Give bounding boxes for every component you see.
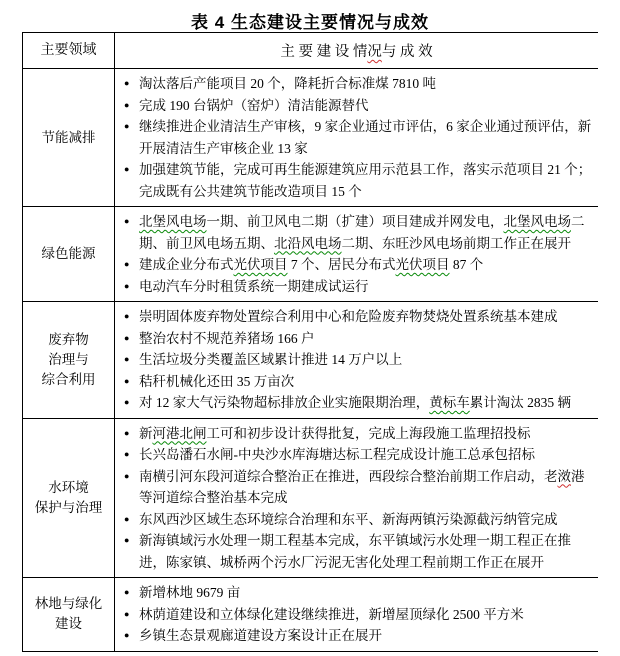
text-segment: 二期、东旺沙风电场前期工作正在展开 — [342, 236, 572, 251]
text-segment: 新增林地 9679 亩 — [139, 585, 240, 600]
spellcheck-green-wavy-underline: 北堡风电场 — [504, 214, 572, 229]
text-segment: 加强建筑节能，完成可再生能源建筑应用示范县工作，落实示范项目 21 个；完成既有… — [139, 162, 591, 199]
text-segment: 一期、前卫风电二期（扩建）项目建成并网发电， — [207, 214, 504, 229]
area-label-forest-greening: 林地与绿化建设 — [23, 578, 115, 651]
text-segment: 秸秆机械化还田 35 万亩次 — [139, 374, 294, 389]
bullet-icon: ● — [124, 159, 129, 181]
bullet-item: ●完成 190 台锅炉（窑炉）清洁能源替代 — [123, 95, 592, 117]
text-segment: 崇明固体废弃物处置综合利用中心和危险废弃物焚烧处置系统基本建成 — [139, 309, 558, 324]
bullet-item: ●加强建筑节能，完成可再生能源建筑应用示范县工作，落实示范项目 21 个；完成既… — [123, 159, 592, 202]
text-segment: 乡镇生态景观廊道建设方案设计正在展开 — [139, 628, 382, 643]
bullet-list: ●崇明固体废弃物处置综合利用中心和危险废弃物焚烧处置系统基本建成●整治农村不规范… — [123, 306, 592, 414]
achievements-cell-green-energy: ●北堡风电场一期、前卫风电二期（扩建）项目建成并网发电，北堡风电场二期、前卫风电… — [115, 207, 598, 301]
bullet-icon: ● — [124, 276, 129, 298]
bullet-list: ●北堡风电场一期、前卫风电二期（扩建）项目建成并网发电，北堡风电场二期、前卫风电… — [123, 211, 592, 297]
eco-construction-table: 主要领域 主 要 建 设 情 况 与 成 效 节能减排●淘汰落后产能项目 20 … — [22, 32, 598, 652]
table-row-water-environment: 水环境保护与治理●新河港北闸工可和初步设计获得批复，完成上海段施工监理招投标●长… — [23, 419, 598, 579]
text-segment: 87 个 — [450, 257, 484, 272]
bullet-item: ●建成企业分布式光伏项目 7 个、居民分布式光伏项目 87 个 — [123, 254, 592, 276]
text-segment: 新海镇域污水处理一期工程基本完成，东平镇域污水处理一期工程正在推进，陈家镇、城桥… — [139, 533, 571, 570]
text-segment: 建成企业分布式 — [139, 257, 234, 272]
area-label-line: 综合利用 — [42, 370, 96, 390]
text-segment: 主 要 建 设 情 — [280, 40, 367, 61]
bullet-icon: ● — [124, 509, 129, 531]
spellcheck-red-wavy-underline: 滧 — [558, 469, 572, 484]
table-header-row: 主要领域 主 要 建 设 情 况 与 成 效 — [23, 33, 598, 69]
text-segment: 完成 190 台锅炉（窑炉）清洁能源替代 — [139, 98, 369, 113]
bullet-icon: ● — [124, 328, 129, 350]
bullet-item: ●南横引河东段河道综合整治正在推进，西段综合整治前期工作启动，老滧港等河道综合整… — [123, 466, 592, 509]
spellcheck-green-wavy-underline: 北沿风电场 — [274, 236, 342, 251]
bullet-list: ●淘汰落后产能项目 20 个，降耗折合标准煤 7810 吨●完成 190 台锅炉… — [123, 73, 592, 202]
area-label-waste-management: 废弃物治理与综合利用 — [23, 302, 115, 418]
bullet-item: ●崇明固体废弃物处置综合利用中心和危险废弃物焚烧处置系统基本建成 — [123, 306, 592, 328]
bullet-icon: ● — [124, 392, 129, 414]
area-label-energy-saving: 节能减排 — [23, 69, 115, 206]
text-segment: 对 12 家大气污染物超标排放企业实施限期治理， — [139, 395, 429, 410]
area-label-water-environment: 水环境保护与治理 — [23, 419, 115, 578]
text-segment: 新 — [139, 426, 153, 441]
spellcheck-green-wavy-underline: 北堡风电场 — [139, 214, 207, 229]
area-label-line: 保护与治理 — [35, 498, 103, 518]
bullet-icon: ● — [124, 349, 129, 371]
bullet-icon: ● — [124, 73, 129, 95]
document-page: 表 4 生态建设主要情况与成效 主要领域 主 要 建 设 情 况 与 成 效 节… — [0, 0, 620, 652]
bullet-list: ●新河港北闸工可和初步设计获得批复，完成上海段施工监理招投标●长兴岛潘石水闸-中… — [123, 423, 592, 574]
bullet-icon: ● — [124, 530, 129, 552]
achievements-cell-waste-management: ●崇明固体废弃物处置综合利用中心和危险废弃物焚烧处置系统基本建成●整治农村不规范… — [115, 302, 598, 418]
text-segment: 东风西沙区域生态环境综合治理和东平、新海两镇污染源截污纳管完成 — [139, 512, 558, 527]
header-cell-main-achievements: 主 要 建 设 情 况 与 成 效 — [115, 33, 598, 68]
spellcheck-green-wavy-underline: 河港北闸 — [153, 426, 207, 441]
table-title: 表 4 生态建设主要情况与成效 — [0, 0, 620, 32]
bullet-icon: ● — [124, 254, 129, 276]
bullet-item: ●林荫道建设和立体绿化建设继续推进，新增屋顶绿化 2500 平方米 — [123, 604, 592, 626]
text-segment: 7 个、居民分布式 — [288, 257, 396, 272]
bullet-list: ●新增林地 9679 亩●林荫道建设和立体绿化建设继续推进，新增屋顶绿化 250… — [123, 582, 592, 647]
text-segment: 整治农村不规范养猪场 166 户 — [139, 331, 315, 346]
text-segment: 生活垃圾分类覆盖区域累计推进 14 万户以上 — [139, 352, 402, 367]
text-segment: 林荫道建设和立体绿化建设继续推进，新增屋顶绿化 2500 平方米 — [139, 607, 524, 622]
bullet-icon: ● — [124, 604, 129, 626]
area-label-line: 节能减排 — [42, 128, 96, 148]
area-label-line: 治理与 — [48, 350, 89, 370]
text-segment: 继续推进企业清洁生产审核，9 家企业通过市评估，6 家企业通过预评估，新开展清洁… — [139, 119, 591, 156]
bullet-icon: ● — [124, 466, 129, 488]
bullet-item: ●淘汰落后产能项目 20 个，降耗折合标准煤 7810 吨 — [123, 73, 592, 95]
bullet-icon: ● — [124, 423, 129, 445]
table-row-energy-saving: 节能减排●淘汰落后产能项目 20 个，降耗折合标准煤 7810 吨●完成 190… — [23, 69, 598, 207]
text-segment: 电动汽车分时租赁系统一期建成试运行 — [139, 279, 369, 294]
bullet-item: ●整治农村不规范养猪场 166 户 — [123, 328, 592, 350]
text-segment: 淘汰落后产能项目 20 个，降耗折合标准煤 7810 吨 — [139, 76, 436, 91]
bullet-item: ●生活垃圾分类覆盖区域累计推进 14 万户以上 — [123, 349, 592, 371]
bullet-icon: ● — [124, 306, 129, 328]
bullet-item: ●电动汽车分时租赁系统一期建成试运行 — [123, 276, 592, 298]
bullet-item: ●长兴岛潘石水闸-中央沙水库海塘达标工程完成设计施工总承包招标 — [123, 444, 592, 466]
bullet-item: ●北堡风电场一期、前卫风电二期（扩建）项目建成并网发电，北堡风电场二期、前卫风电… — [123, 211, 592, 254]
bullet-icon: ● — [124, 444, 129, 466]
text-segment: 累计淘汰 2835 辆 — [470, 395, 571, 410]
text-segment: 长兴岛潘石水闸-中央沙水库海塘达标工程完成设计施工总承包招标 — [139, 447, 535, 462]
bullet-item: ●秸秆机械化还田 35 万亩次 — [123, 371, 592, 393]
area-label-line: 绿色能源 — [42, 244, 96, 264]
achievements-cell-energy-saving: ●淘汰落后产能项目 20 个，降耗折合标准煤 7810 吨●完成 190 台锅炉… — [115, 69, 598, 206]
bullet-item: ●新河港北闸工可和初步设计获得批复，完成上海段施工监理招投标 — [123, 423, 592, 445]
bullet-icon: ● — [124, 95, 129, 117]
table-row-green-energy: 绿色能源●北堡风电场一期、前卫风电二期（扩建）项目建成并网发电，北堡风电场二期、… — [23, 207, 598, 302]
bullet-icon: ● — [124, 371, 129, 393]
bullet-item: ●继续推进企业清洁生产审核，9 家企业通过市评估，6 家企业通过预评估，新开展清… — [123, 116, 592, 159]
area-label-line: 林地与绿化 — [35, 594, 103, 614]
bullet-icon: ● — [124, 116, 129, 138]
spellcheck-green-wavy-underline: 光伏项目 — [234, 257, 288, 272]
text-segment: 工可和初步设计获得批复，完成上海段施工监理招投标 — [207, 426, 531, 441]
bullet-item: ●东风西沙区域生态环境综合治理和东平、新海两镇污染源截污纳管完成 — [123, 509, 592, 531]
header-cell-main-areas: 主要领域 — [23, 33, 115, 68]
table-row-waste-management: 废弃物治理与综合利用●崇明固体废弃物处置综合利用中心和危险废弃物焚烧处置系统基本… — [23, 302, 598, 419]
table-row-forest-greening: 林地与绿化建设●新增林地 9679 亩●林荫道建设和立体绿化建设继续推进，新增屋… — [23, 578, 598, 652]
achievements-cell-water-environment: ●新河港北闸工可和初步设计获得批复，完成上海段施工监理招投标●长兴岛潘石水闸-中… — [115, 419, 598, 578]
text-segment: 南横引河东段河道综合整治正在推进，西段综合整治前期工作启动，老 — [139, 469, 558, 484]
bullet-item: ●新增林地 9679 亩 — [123, 582, 592, 604]
achievements-cell-forest-greening: ●新增林地 9679 亩●林荫道建设和立体绿化建设继续推进，新增屋顶绿化 250… — [115, 578, 598, 651]
area-label-green-energy: 绿色能源 — [23, 207, 115, 301]
bullet-icon: ● — [124, 211, 129, 233]
bullet-item: ●新海镇域污水处理一期工程基本完成，东平镇域污水处理一期工程正在推进，陈家镇、城… — [123, 530, 592, 573]
spellcheck-green-wavy-underline: 光伏项目 — [396, 257, 450, 272]
area-label-line: 建设 — [55, 614, 82, 634]
text-segment: 与 成 效 — [382, 40, 433, 61]
bullet-icon: ● — [124, 582, 129, 604]
area-label-line: 水环境 — [48, 478, 89, 498]
spellcheck-red-wavy-underline: 况 — [367, 40, 382, 61]
spellcheck-green-wavy-underline: 黄标车 — [429, 395, 470, 410]
area-label-line: 废弃物 — [48, 330, 89, 350]
bullet-item: ●对 12 家大气污染物超标排放企业实施限期治理，黄标车累计淘汰 2835 辆 — [123, 392, 592, 414]
table-body: 节能减排●淘汰落后产能项目 20 个，降耗折合标准煤 7810 吨●完成 190… — [23, 69, 598, 652]
bullet-icon: ● — [124, 625, 129, 647]
bullet-item: ●乡镇生态景观廊道建设方案设计正在展开 — [123, 625, 592, 647]
